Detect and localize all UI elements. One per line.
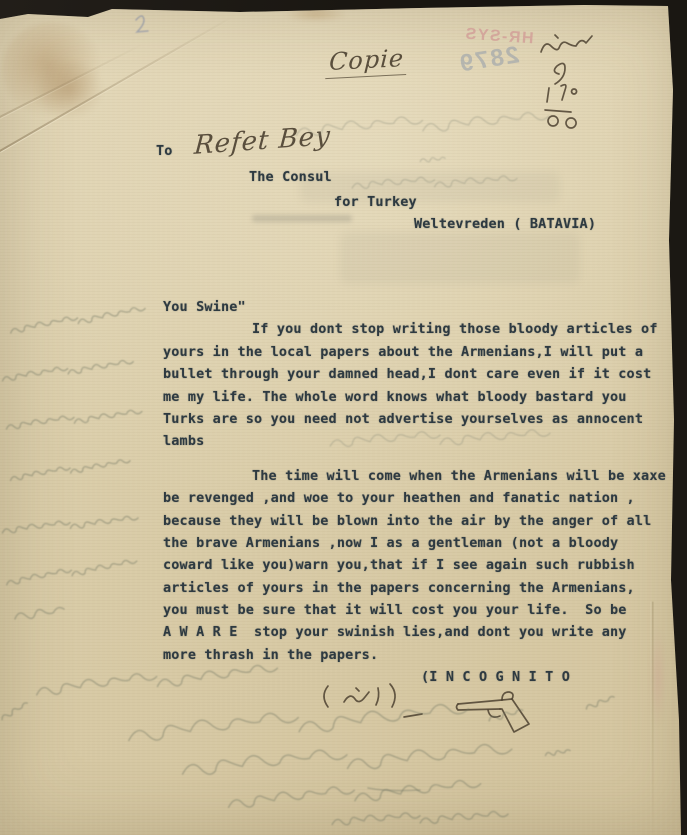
letter-line: the brave Armenians ,now I as a gentlema… <box>163 532 673 554</box>
stain <box>2 22 102 117</box>
fold-crease <box>0 44 143 119</box>
letter-line: The time will come when the Armenians wi… <box>163 465 673 487</box>
stain <box>34 58 104 120</box>
paper-sheet: HR-SYS 2879 Copie Refet Bey To The Consu… <box>0 0 687 835</box>
copie-annotation: Copie <box>325 44 408 79</box>
address-line-city: Weltevreden ( BATAVIA) <box>414 216 596 232</box>
letter-line: me my life. The whole word knows what bl… <box>163 386 673 408</box>
letter-line: lambs <box>163 430 673 452</box>
letter-line: A W A R E stop your swinish lies,and don… <box>163 621 673 643</box>
mirrored-stamp-number: 2879 <box>456 41 521 78</box>
letter-line: You Swine" <box>163 296 673 318</box>
letter-line: yours in the local papers about the Arme… <box>163 341 673 363</box>
bleed-ghost <box>340 232 580 284</box>
address-line-country: for Turkey <box>334 194 417 210</box>
address-line-consul: The Consul <box>249 169 332 185</box>
ottoman-archival-notation <box>533 26 593 146</box>
pistol-sketch <box>450 686 540 736</box>
letter-line: be revenged ,and woe to your heathen and… <box>163 487 673 509</box>
to-label: To <box>156 143 173 159</box>
letter-line: coward like you)warn you,that if I see a… <box>163 554 673 576</box>
stain <box>285 6 347 22</box>
letter-line: Turks are so you need not advertise your… <box>163 408 673 430</box>
parenthetical-hand-mark <box>316 680 426 725</box>
letter-line: because they will be blown into the air … <box>163 510 673 532</box>
letter-line: If you dont stop writing those bloody ar… <box>163 318 673 340</box>
eraser-smudge <box>252 215 352 222</box>
scanned-letter: HR-SYS 2879 Copie Refet Bey To The Consu… <box>0 0 687 835</box>
letter-body: You Swine"If you dont stop writing those… <box>163 296 673 689</box>
letter-line: articles of yours in the papers concerni… <box>163 577 673 599</box>
addressee-handwritten: Refet Bey <box>193 121 332 161</box>
letter-line: bullet through your damned head,I dont c… <box>163 363 673 385</box>
letter-line: more thrash in the papers. <box>163 644 673 666</box>
letter-line: you must be sure that it will cost you y… <box>163 599 673 621</box>
